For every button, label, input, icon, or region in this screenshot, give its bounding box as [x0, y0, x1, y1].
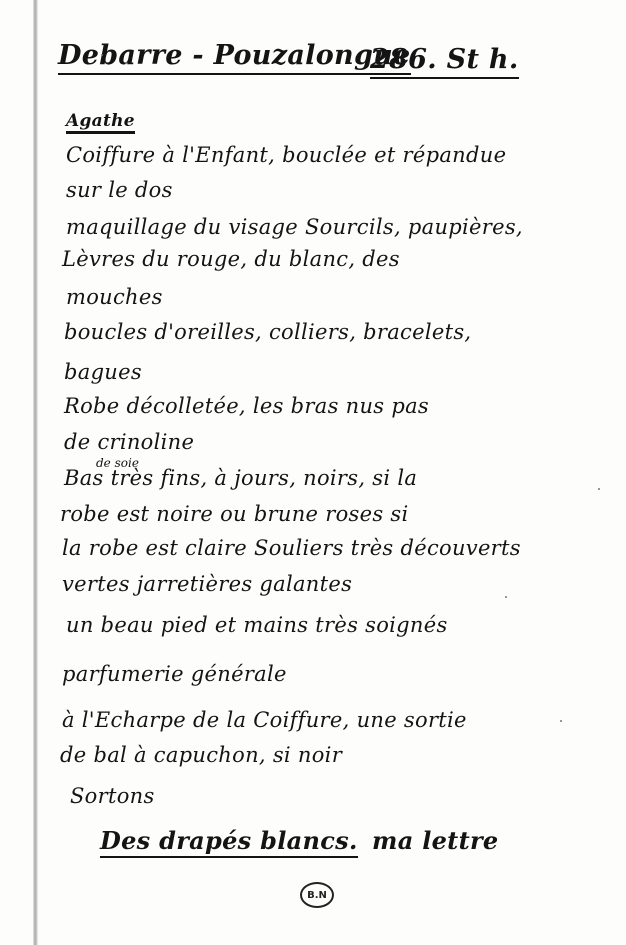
manuscript-line: Sortons — [70, 784, 155, 808]
manuscript-line: maquillage du visage Sourcils, paupières… — [66, 215, 523, 239]
scan-speck — [598, 488, 600, 490]
manuscript-line: Robe décolletée, les bras nus pas — [64, 394, 429, 418]
binding-edge — [33, 0, 38, 945]
manuscript-line: Bas très fins, à jours, noirs, si la — [64, 466, 417, 490]
manuscript-line: sur le dos — [66, 178, 173, 202]
manuscript-line: boucles d'oreilles, colliers, bracelets, — [64, 320, 471, 344]
manuscript-line: Lèvres du rouge, du blanc, des — [62, 247, 400, 271]
scan-speck — [125, 62, 127, 64]
scan-speck — [101, 54, 103, 56]
manuscript-line: à l'Echarpe de la Coiffure, une sortie — [62, 708, 467, 732]
footer-right-note: ma lettre — [372, 826, 498, 855]
character-name: Agathe — [66, 111, 135, 134]
manuscript-line: mouches — [66, 285, 163, 309]
manuscript-line: un beau pied et mains très soignés — [66, 613, 448, 637]
scan-speck — [505, 596, 507, 598]
footer-left-note: Des drapés blancs. — [100, 826, 358, 858]
manuscript-line: vertes jarretières galantes — [62, 572, 352, 596]
manuscript-line: de crinoline — [64, 430, 194, 454]
manuscript-reference: 286. St h. — [370, 44, 519, 79]
scan-speck — [560, 720, 562, 722]
manuscript-line: la robe est claire Souliers très découve… — [62, 536, 521, 560]
library-stamp: B.N — [300, 882, 334, 908]
manuscript-line: bagues — [64, 360, 142, 384]
manuscript-title: Debarre - Pouzalongue — [58, 40, 411, 75]
manuscript-line: robe est noire ou brune roses si — [60, 502, 408, 526]
manuscript-line: Coiffure à l'Enfant, bouclée et répandue — [66, 143, 506, 167]
manuscript-line: parfumerie générale — [62, 662, 287, 686]
manuscript-line: de bal à capuchon, si noir — [60, 743, 342, 767]
manuscript-page: Debarre - Pouzalongue 286. St h. Agathe … — [0, 0, 626, 945]
